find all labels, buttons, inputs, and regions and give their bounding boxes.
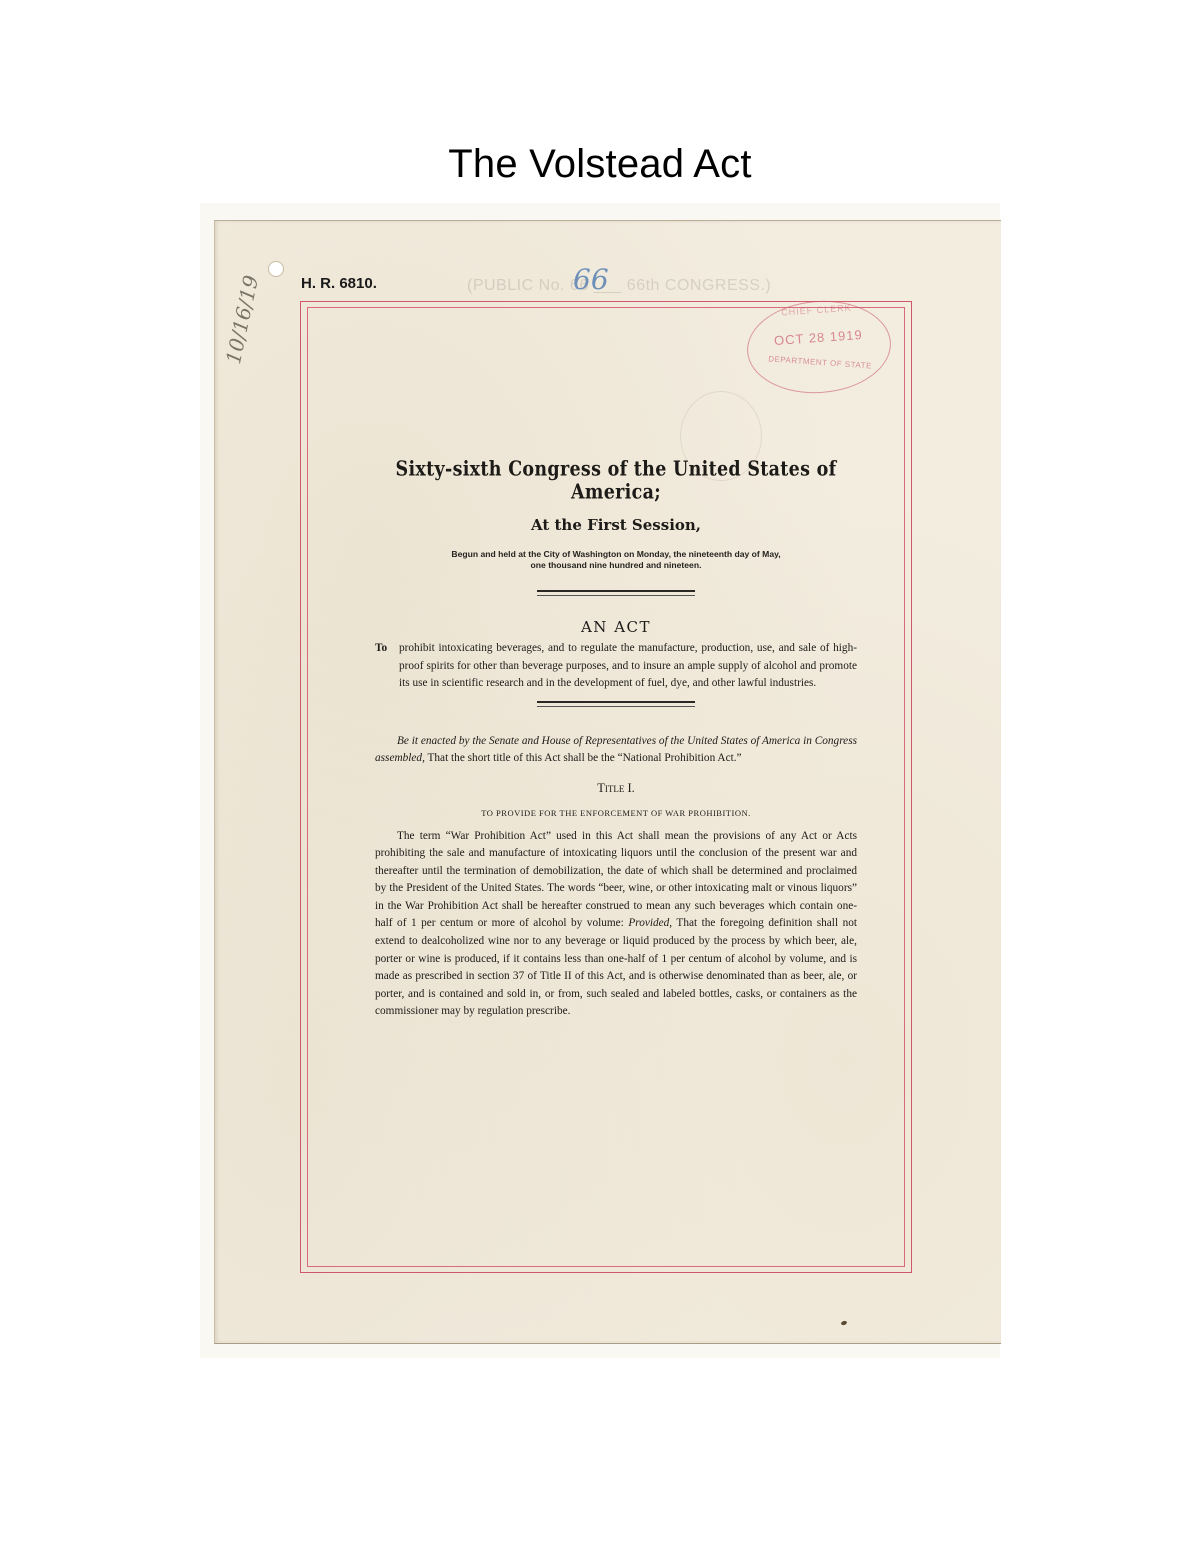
begun-statement: Begun and held at the City of Washington… xyxy=(375,549,857,571)
document-sheet: 10/16/19 H. R. 6810. (PUBLIC No. 66 ___ … xyxy=(214,220,1001,1344)
act-content: Sixty-sixth Congress of the United State… xyxy=(375,461,857,1021)
divider-rule xyxy=(537,701,695,707)
handwritten-margin-date: 10/16/19 xyxy=(221,273,263,366)
purpose-to: To xyxy=(375,640,399,658)
body-part-2: That the foregoing definition shall not … xyxy=(375,917,857,1017)
act-heading: AN ACT xyxy=(375,618,857,636)
enacting-rest: That the short title of this Act shall b… xyxy=(425,752,742,764)
punch-hole xyxy=(268,261,284,277)
begun-line-2: one thousand nine hundred and nineteen. xyxy=(375,560,857,571)
stamp-bottom-text: DEPARTMENT OF STATE xyxy=(749,353,891,372)
page-title: The Volstead Act xyxy=(0,142,1200,187)
divider-rule xyxy=(537,590,695,596)
title-subheading: TO PROVIDE FOR THE ENFORCEMENT OF WAR PR… xyxy=(375,808,857,818)
begun-line-1: Begun and held at the City of Washington… xyxy=(375,549,857,560)
body-part-1: The term “War Prohibition Act” used in t… xyxy=(375,830,857,930)
ink-smudge xyxy=(840,1320,847,1326)
congress-heading: Sixty-sixth Congress of the United State… xyxy=(375,458,857,504)
title-heading: Title I. xyxy=(375,781,857,796)
enacting-clause: Be it enacted by the Senate and House of… xyxy=(375,733,857,767)
purpose-text: prohibit intoxicating beverages, and to … xyxy=(399,640,857,693)
section-body: The term “War Prohibition Act” used in t… xyxy=(375,828,857,1022)
public-law-stamp: (PUBLIC No. 66 ___ 66th CONGRESS.) xyxy=(467,277,771,295)
act-purpose: To prohibit intoxicating beverages, and … xyxy=(375,640,857,693)
document-scan: 10/16/19 H. R. 6810. (PUBLIC No. 66 ___ … xyxy=(200,203,1000,1358)
stamp-date: OCT 28 1919 xyxy=(747,325,890,350)
bill-number: H. R. 6810. xyxy=(301,275,377,292)
body-provided: Provided, xyxy=(628,917,672,929)
handwritten-public-number: 66 xyxy=(573,263,609,296)
session-heading: At the First Session, xyxy=(375,516,857,534)
